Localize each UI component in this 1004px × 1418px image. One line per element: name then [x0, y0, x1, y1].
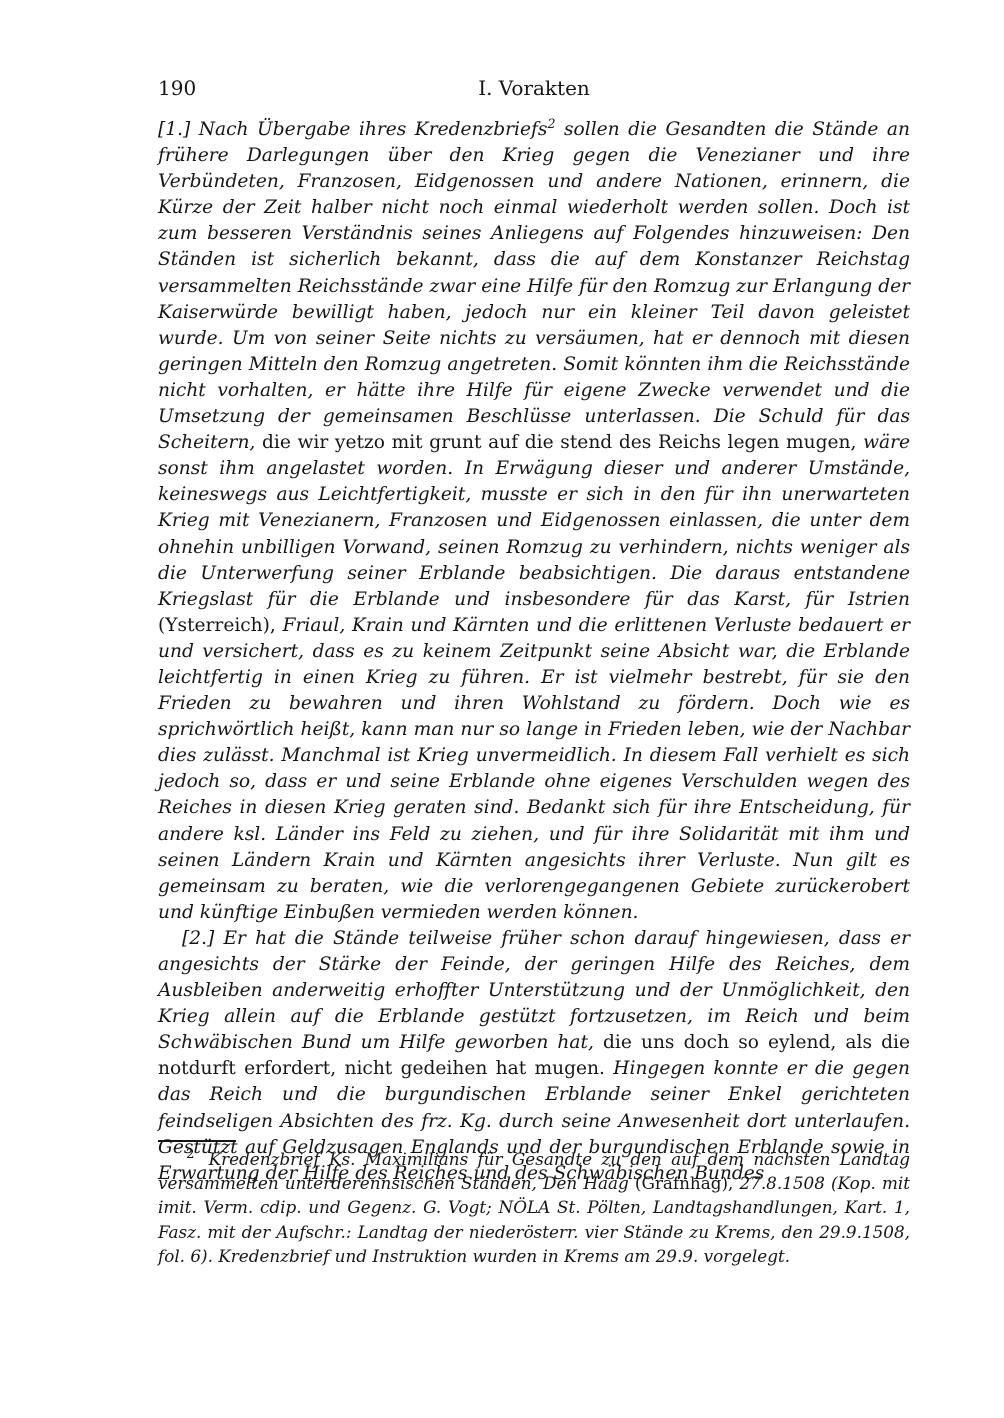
book-page: 190 I. Vorakten [1.] Nach Übergabe ihres…	[0, 0, 1004, 1418]
text-run: sollen die Gesandten die Stände an frühe…	[158, 119, 910, 453]
footnote-paragraph: 2Kredenzbrief Ks. Maximilians für Gesand…	[158, 1147, 910, 1268]
footnote: 2Kredenzbrief Ks. Maximilians für Gesand…	[158, 1147, 910, 1268]
body-text: [1.] Nach Übergabe ihres Kredenzbriefs2 …	[158, 117, 910, 1187]
text-run: wäre sonst ihm angelastet worden. In Erw…	[158, 432, 910, 610]
text-run: Friaul, Krain und Kärnten und die erlitt…	[158, 615, 910, 923]
text-run: die wir yetzo mit grunt auf die stend de…	[262, 432, 863, 453]
text-run: (Grafnhag),	[635, 1173, 733, 1193]
footnote-separator	[158, 1140, 236, 1142]
running-header: 190 I. Vorakten	[158, 76, 910, 106]
text-run: [1.] Nach Übergabe ihres Kredenzbriefs	[158, 119, 547, 140]
footnote-marker: 2	[186, 1147, 195, 1162]
running-title: I. Vorakten	[158, 76, 910, 100]
paragraph-1: [1.] Nach Übergabe ihres Kredenzbriefs2 …	[158, 117, 910, 926]
text-run: (Ysterreich),	[158, 615, 276, 636]
